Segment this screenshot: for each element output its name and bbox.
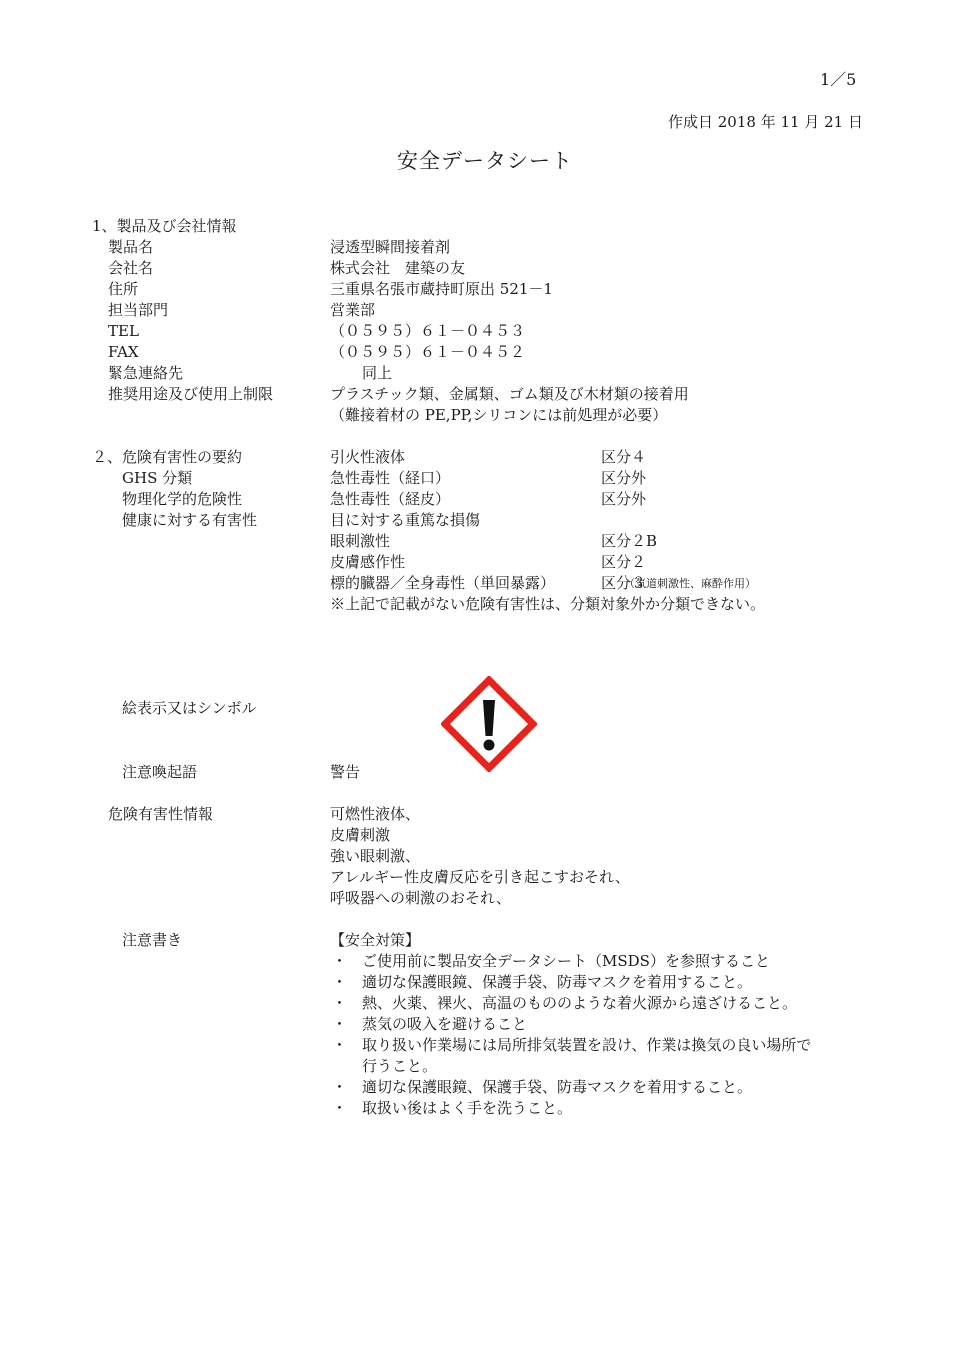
precaution-item: ご使用前に製品安全データシート（MSDS）を参照すること (362, 951, 770, 972)
address-label: 住所 (108, 279, 138, 300)
ghs-classification-label: GHS 分類 (122, 468, 192, 489)
signal-word-label: 注意喚起語 (122, 762, 197, 783)
created-date: 作成日 2018 年 11 月 21 日 (668, 112, 863, 132)
signal-word-value: 警告 (330, 762, 360, 783)
hazard-info-item: 強い眼刺激、 (330, 846, 420, 867)
hazard-info-item: 可燃性液体、 (330, 804, 420, 825)
hazard-name: 急性毒性（経皮） (330, 489, 450, 510)
hazard-name: 目に対する重篤な損傷 (330, 510, 480, 531)
hazard-category-note: （気道刺激性、麻酔作用） (624, 573, 756, 594)
precaution-item: 適切な保護眼鏡、保護手袋、防毒マスクを着用すること。 (362, 1077, 752, 1098)
physicochemical-hazard-label: 物理化学的危険性 (122, 489, 242, 510)
document-title: 安全データシート (397, 148, 573, 174)
precaution-item: 適切な保護眼鏡、保護手袋、防毒マスクを着用すること。 (362, 972, 752, 993)
department-label: 担当部門 (108, 300, 168, 321)
hazard-category: 区分外 (601, 489, 646, 510)
precaution-heading: 【安全対策】 (330, 930, 420, 951)
precaution-item: 蒸気の吸入を避けること (362, 1014, 527, 1035)
bullet: ・ (332, 1014, 347, 1035)
bullet: ・ (332, 993, 347, 1014)
bullet: ・ (332, 972, 347, 993)
precaution-item: 取扱い後はよく手を洗うこと。 (362, 1098, 572, 1119)
hazard-name: 皮膚感作性 (330, 552, 405, 573)
precaution-label: 注意書き (122, 930, 182, 951)
hazard-category: 区分２ (601, 552, 646, 573)
recommended-use-value: プラスチック類、金属類、ゴム類及び木材類の接着用 (330, 384, 689, 405)
recommended-use-note: （難接着材の PE,PP,シリコンには前処理が必要） (330, 405, 667, 426)
bullet: ・ (332, 1035, 347, 1056)
recommended-use-label: 推奨用途及び使用上制限 (108, 384, 273, 405)
hazard-category: 区分外 (601, 468, 646, 489)
hazard-name: 引火性液体 (330, 447, 405, 468)
product-name-label: 製品名 (108, 237, 153, 258)
fax-value: （０５９５）６１－０４５２ (330, 342, 525, 363)
product-name-value: 浸透型瞬間接着剤 (330, 237, 450, 258)
hazard-info-item: アレルギー性皮膚反応を引き起こすおそれ、 (330, 867, 630, 888)
hazard-name: 急性毒性（経口） (330, 468, 450, 489)
precaution-item: 取り扱い作業場には局所排気装置を設け、作業は換気の良い場所で (362, 1035, 811, 1056)
emergency-contact-label: 緊急連絡先 (108, 363, 183, 384)
section1-heading: 1、製品及び会社情報 (92, 216, 237, 237)
company-name-label: 会社名 (108, 258, 153, 279)
hazard-info-item: 呼吸器への刺激のおそれ、 (330, 888, 511, 909)
classification-footnote: ※上記で記載がない危険有害性は、分類対象外か分類できない。 (330, 594, 765, 615)
health-hazard-label: 健康に対する有害性 (122, 510, 257, 531)
precaution-item: 熱、火薬、裸火、高温のもののような着火源から遠ざけること。 (362, 993, 797, 1014)
hazard-category: 区分４ (601, 447, 646, 468)
address-value: 三重県名張市蔵持町原出 521－1 (330, 279, 553, 300)
ghs-exclamation-mark-icon (441, 676, 537, 772)
hazard-name: 標的臓器／全身毒性（単回暴露） (330, 573, 555, 594)
department-value: 営業部 (330, 300, 375, 321)
emergency-contact-value: 同上 (362, 363, 392, 384)
hazard-category: 区分２B (601, 531, 657, 552)
page-number: 1／5 (820, 70, 856, 90)
bullet: ・ (332, 1077, 347, 1098)
section2-heading: ２、危険有害性の要約 (92, 447, 242, 468)
hazard-info-label: 危険有害性情報 (108, 804, 213, 825)
bullet: ・ (332, 1098, 347, 1119)
tel-label: TEL (108, 321, 139, 342)
hazard-name: 眼刺激性 (330, 531, 390, 552)
fax-label: FAX (108, 342, 139, 363)
bullet: ・ (332, 951, 347, 972)
tel-value: （０５９５）６１－０４５３ (330, 321, 525, 342)
pictogram-label: 絵表示又はシンボル (122, 698, 257, 719)
hazard-info-item: 皮膚刺激 (330, 825, 390, 846)
company-name-value: 株式会社 建築の友 (330, 258, 465, 279)
precaution-item-continuation: 行うこと。 (362, 1056, 437, 1077)
